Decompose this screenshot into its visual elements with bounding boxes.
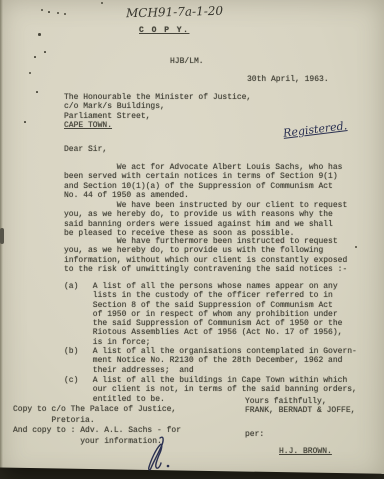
paper-speck: [64, 13, 66, 15]
paper-speck: [29, 72, 31, 74]
paper-speck: [57, 12, 59, 14]
valediction: Yours faithfully,: [245, 397, 327, 406]
recipient-city: CAPE TOWN.: [64, 121, 112, 130]
letter-date: 30th April, 1963.: [247, 75, 329, 84]
scan-edge-bottom: [0, 466, 384, 479]
paragraph-3: We have furthermore been instructed to r…: [64, 237, 347, 274]
paper-speck: [24, 121, 26, 123]
paper-speck: [34, 56, 36, 58]
paper-speck: [355, 246, 357, 248]
firm-name: FRANK, BERNADT & JOFFE,: [245, 406, 355, 415]
paragraph-1: We act for Advocate Albert Louis Sachs, …: [64, 163, 342, 200]
salutation: Dear Sir,: [64, 145, 107, 154]
copy-heading: C O P Y.: [139, 26, 189, 35]
paragraph-2: We have been instructed by our client to…: [64, 201, 347, 238]
signatory-name: H.J. BROWN.: [279, 447, 332, 456]
signature-initials: [138, 434, 178, 472]
copy-note-1: Copy to c/o The Palace of Justice, Preto…: [13, 405, 176, 426]
letter-page: MCH91-7a-1-20 C O P Y. HJB/LM. 30th Apri…: [0, 0, 384, 479]
signature-initials-icon: [138, 434, 178, 472]
handwritten-reference: MCH91-7a-1-20: [126, 4, 223, 21]
paper-speck: [48, 11, 50, 13]
paper-speck: [36, 91, 38, 93]
paper-speck: [101, 2, 103, 4]
file-reference: HJB/LM.: [170, 57, 204, 66]
paper-speck: [44, 51, 46, 53]
scan-edge-notch: [0, 228, 4, 244]
per-label: per:: [245, 430, 264, 439]
recipient-address: The Honourable the Minister of Justice, …: [64, 93, 251, 121]
list-item-b: (b) A list of all the organisations cont…: [64, 347, 357, 375]
list-item-a: (a) A list of all the persons whose name…: [64, 282, 342, 347]
paper-speck: [41, 9, 43, 11]
paper-speck: [38, 33, 41, 36]
registered-annotation: Registered.: [282, 119, 347, 140]
